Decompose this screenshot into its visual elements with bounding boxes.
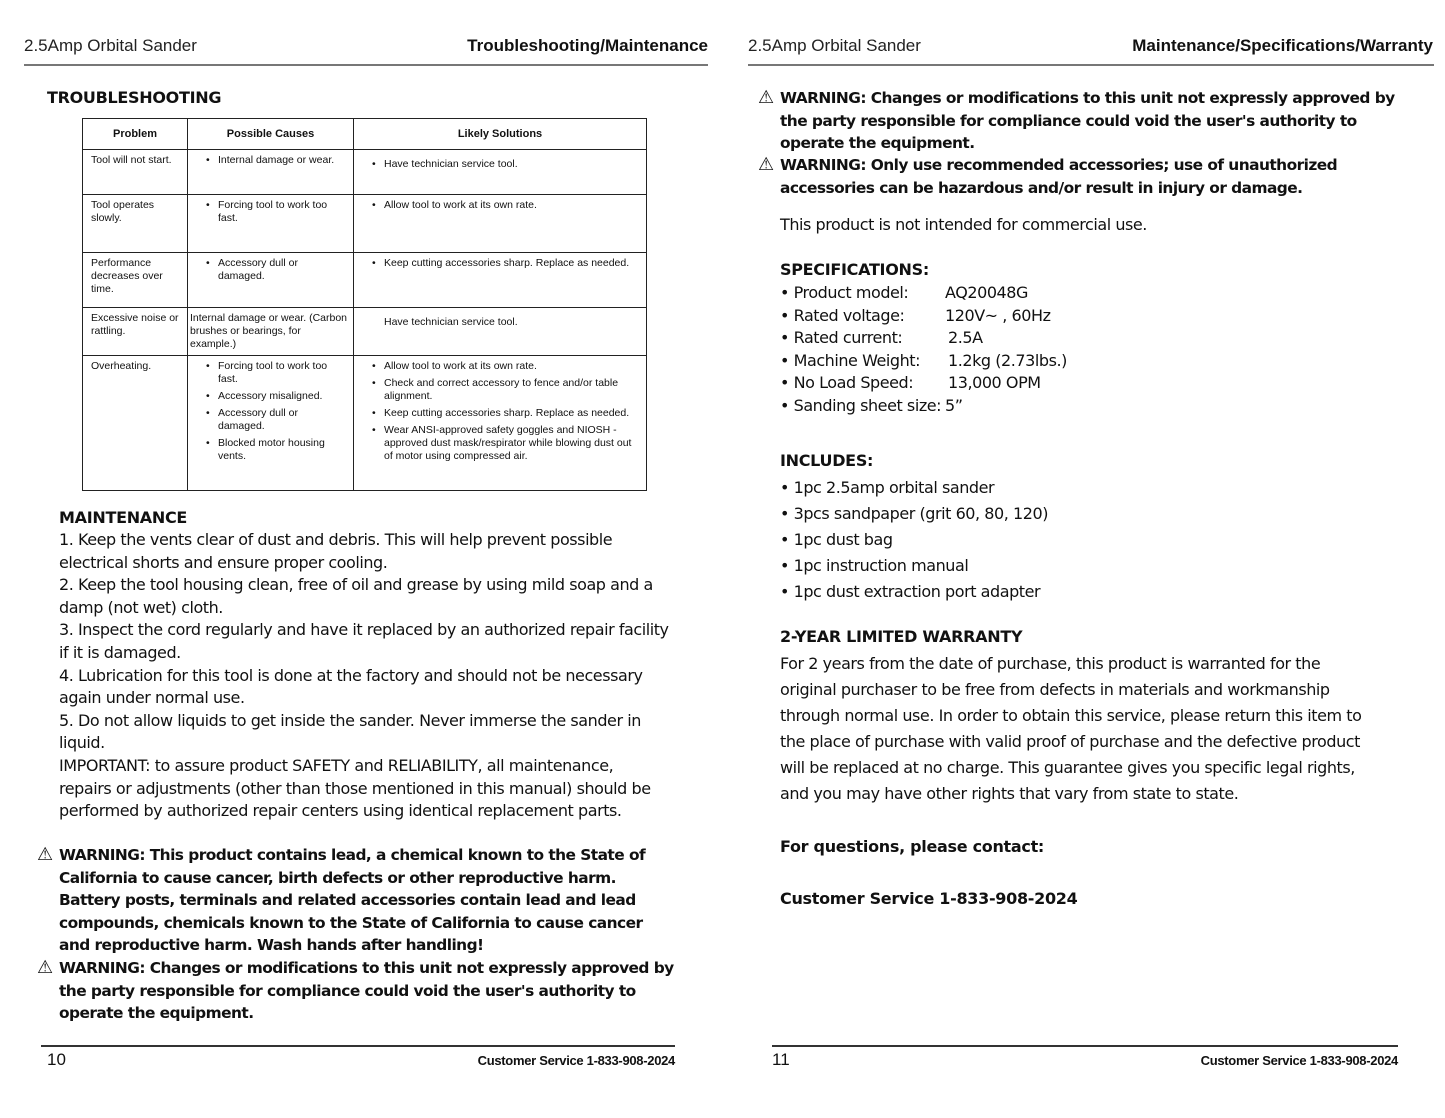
header-divider <box>748 64 1434 66</box>
table-row: Tool will not start.Internal damage or w… <box>83 150 647 195</box>
list-item: Internal damage or wear. <box>204 154 347 167</box>
includes-list: • 1pc 2.5amp orbital sander• 3pcs sandpa… <box>780 475 1180 605</box>
table-header-row: Problem Possible Causes Likely Solutions <box>83 119 647 150</box>
table-row: Excessive noise or rattling.Internal dam… <box>83 308 647 356</box>
warning-icon: ⚠ <box>758 87 774 110</box>
problem-cell: Performance decreases over time. <box>83 253 188 308</box>
manual-title: 2.5Amp Orbital Sander <box>24 36 197 56</box>
commercial-use-note: This product is not intended for commerc… <box>780 214 1147 237</box>
column-header: Problem <box>83 119 188 150</box>
spec-row: • Rated current:2.5A <box>780 327 1180 350</box>
page-10: 2.5Amp Orbital Sander Troubleshooting/Ma… <box>0 0 722 1118</box>
maintenance-item: 4. Lubrication for this tool is done at … <box>59 665 669 710</box>
spec-row: • Machine Weight:1.2kg (2.73lbs.) <box>780 350 1180 373</box>
footer-customer-service: Customer Service 1-833-908-2024 <box>1201 1053 1398 1068</box>
spec-label: • Rated current: <box>780 327 945 350</box>
included-item: • 3pcs sandpaper (grit 60, 80, 120) <box>780 501 1180 527</box>
warning-text: WARNING: Changes or modifications to thi… <box>780 89 1395 152</box>
warning-accessories: ⚠ WARNING: Only use recommended accessor… <box>780 154 1380 199</box>
spec-label: • No Load Speed: <box>780 372 945 395</box>
footer-divider <box>41 1045 675 1047</box>
specifications-heading: SPECIFICATIONS: <box>780 260 929 279</box>
warranty-line: through normal use. In order to obtain t… <box>780 703 1420 729</box>
solutions-cell: Allow tool to work at its own rate.Check… <box>354 356 647 491</box>
spec-label: • Product model: <box>780 282 945 305</box>
page-number: 11 <box>772 1050 790 1070</box>
warning-icon: ⚠ <box>37 844 53 867</box>
list-item: Keep cutting accessories sharp. Replace … <box>370 407 640 420</box>
warranty-line: and you may have other rights that vary … <box>780 781 1420 807</box>
problem-cell: Overheating. <box>83 356 188 491</box>
column-header: Likely Solutions <box>354 119 647 150</box>
table-row: Performance decreases over time.Accessor… <box>83 253 647 308</box>
causes-cell: Accessory dull or damaged. <box>188 253 354 308</box>
causes-cell: Forcing tool to work too fast. <box>188 195 354 253</box>
spec-value: 120V~ , 60Hz <box>945 305 1051 328</box>
list-item: Keep cutting accessories sharp. Replace … <box>370 257 640 270</box>
list-item: Forcing tool to work too fast. <box>204 360 347 386</box>
causes-cell: Internal damage or wear. <box>188 150 354 195</box>
list-item: Blocked motor housing vents. <box>204 437 347 463</box>
problem-cell: Tool operates slowly. <box>83 195 188 253</box>
warranty-line: will be replaced at no charge. This guar… <box>780 755 1420 781</box>
page-11: 2.5Amp Orbital Sander Maintenance/Specif… <box>722 0 1445 1118</box>
important-note: IMPORTANT: to assure product SAFETY and … <box>59 755 669 823</box>
maintenance-item: 1. Keep the vents clear of dust and debr… <box>59 529 669 574</box>
warranty-line: the place of purchase with valid proof o… <box>780 729 1420 755</box>
spec-row: • Sanding sheet size:5” <box>780 395 1180 418</box>
includes-heading: INCLUDES: <box>780 451 873 470</box>
page-number: 10 <box>47 1050 66 1070</box>
causes-cell: Forcing tool to work too fast.Accessory … <box>188 356 354 491</box>
list-item: Accessory dull or damaged. <box>204 257 347 283</box>
specifications-list: • Product model:AQ20048G• Rated voltage:… <box>780 282 1180 418</box>
table-row: Tool operates slowly.Forcing tool to wor… <box>83 195 647 253</box>
list-item: Allow tool to work at its own rate. <box>370 199 640 212</box>
warning-lead: ⚠ WARNING: This product contains lead, a… <box>59 844 674 957</box>
warranty-heading: 2-YEAR LIMITED WARRANTY <box>780 627 1022 646</box>
warning-icon: ⚠ <box>37 957 53 980</box>
list-item: Forcing tool to work too fast. <box>204 199 347 225</box>
maintenance-heading: MAINTENANCE <box>59 508 187 527</box>
included-item: • 1pc instruction manual <box>780 553 1180 579</box>
maintenance-item: 5. Do not allow liquids to get inside th… <box>59 710 669 755</box>
list-item: Wear ANSI-approved safety goggles and NI… <box>370 424 640 463</box>
spec-row: • Product model:AQ20048G <box>780 282 1180 305</box>
warranty-text: For 2 years from the date of purchase, t… <box>780 651 1420 807</box>
solutions-cell: Have technician service tool. <box>354 308 647 356</box>
list-item: Check and correct accessory to fence and… <box>370 377 640 403</box>
warning-icon: ⚠ <box>758 154 774 177</box>
warranty-line: For 2 years from the date of purchase, t… <box>780 651 1420 677</box>
manual-title: 2.5Amp Orbital Sander <box>748 36 921 56</box>
spec-value: 5” <box>945 395 963 418</box>
troubleshooting-table: Problem Possible Causes Likely Solutions… <box>82 118 647 491</box>
included-item: • 1pc dust bag <box>780 527 1180 553</box>
maintenance-item: 2. Keep the tool housing clean, free of … <box>59 574 669 619</box>
spec-label: • Sanding sheet size: <box>780 395 945 418</box>
table-row: Overheating.Forcing tool to work too fas… <box>83 356 647 491</box>
spec-value: 2.5A <box>945 327 983 350</box>
warning-text: WARNING: Only use recommended accessorie… <box>780 156 1337 197</box>
solutions-cell: Keep cutting accessories sharp. Replace … <box>354 253 647 308</box>
warning-modifications: ⚠ WARNING: Changes or modifications to t… <box>59 957 674 1025</box>
warning-modifications: ⚠ WARNING: Changes or modifications to t… <box>780 87 1395 155</box>
spec-value: 13,000 OPM <box>945 372 1041 395</box>
list-item: Accessory dull or damaged. <box>204 407 347 433</box>
included-item: • 1pc 2.5amp orbital sander <box>780 475 1180 501</box>
problem-cell: Tool will not start. <box>83 150 188 195</box>
spec-value: 1.2kg (2.73lbs.) <box>945 350 1067 373</box>
spec-row: • Rated voltage:120V~ , 60Hz <box>780 305 1180 328</box>
solutions-cell: Allow tool to work at its own rate. <box>354 195 647 253</box>
section-title: Maintenance/Specifications/Warranty <box>1132 36 1433 56</box>
contact-prompt: For questions, please contact: <box>780 837 1044 856</box>
footer-divider <box>772 1045 1398 1047</box>
list-item: Have technician service tool. <box>370 158 640 171</box>
header-divider <box>24 64 708 66</box>
maintenance-item: 3. Inspect the cord regularly and have i… <box>59 619 669 664</box>
spec-row: • No Load Speed:13,000 OPM <box>780 372 1180 395</box>
list-item: Accessory misaligned. <box>204 390 347 403</box>
list-item: Allow tool to work at its own rate. <box>370 360 640 373</box>
warning-text: WARNING: Changes or modifications to thi… <box>59 959 674 1022</box>
warning-text: WARNING: This product contains lead, a c… <box>59 846 645 954</box>
section-title: Troubleshooting/Maintenance <box>467 36 708 56</box>
problem-cell: Excessive noise or rattling. <box>83 308 188 356</box>
solutions-cell: Have technician service tool. <box>354 150 647 195</box>
maintenance-list: 1. Keep the vents clear of dust and debr… <box>59 529 669 823</box>
contact-customer-service: Customer Service 1-833-908-2024 <box>780 889 1077 908</box>
warranty-line: original purchaser to be free from defec… <box>780 677 1420 703</box>
troubleshooting-heading: TROUBLESHOOTING <box>47 88 221 107</box>
spec-value: AQ20048G <box>945 282 1028 305</box>
spec-label: • Machine Weight: <box>780 350 945 373</box>
spec-label: • Rated voltage: <box>780 305 945 328</box>
footer-customer-service: Customer Service 1-833-908-2024 <box>478 1053 675 1068</box>
causes-cell: Internal damage or wear. (Carbon brushes… <box>188 308 354 356</box>
included-item: • 1pc dust extraction port adapter <box>780 579 1180 605</box>
column-header: Possible Causes <box>188 119 354 150</box>
